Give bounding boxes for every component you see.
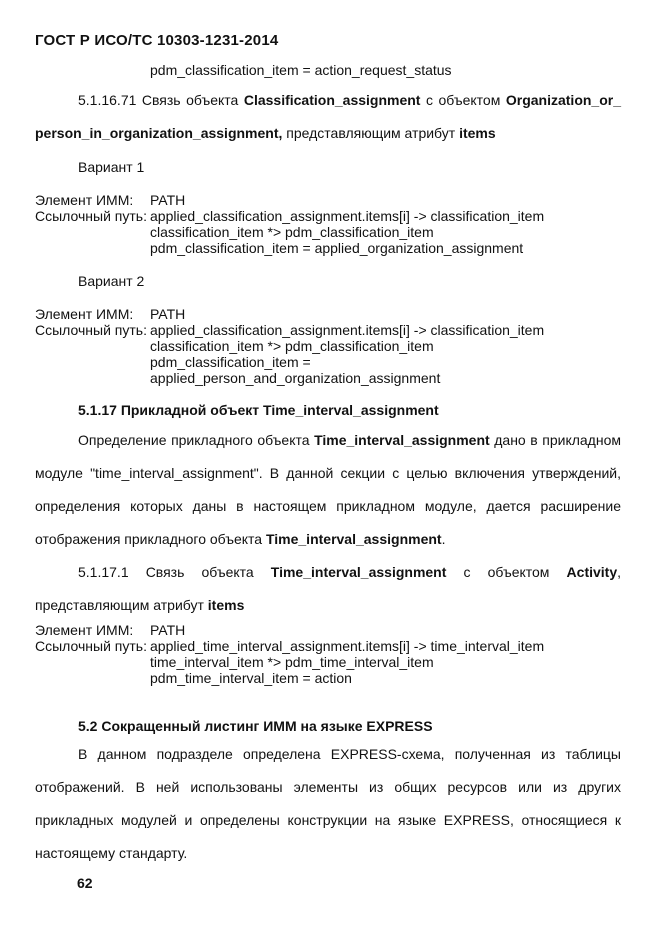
clause-5-2-paragraph: В данном подразделе определена EXPRESS-с… (35, 738, 621, 870)
imm-element-label: Элемент ИММ: (35, 622, 150, 638)
reference-path-label: Ссылочный путь: (35, 208, 150, 224)
path-line: applied_classification_assignment.items[… (150, 322, 544, 338)
clause-5-1-16-71-title: 5.1.16.71 Связь объекта Classification_a… (35, 84, 621, 150)
path-line: applied_time_interval_assignment.items[i… (150, 638, 544, 654)
clause-5-2-heading: 5.2 Сокращенный листинг ИММ на языке EXP… (35, 718, 621, 734)
reference-path-row: Ссылочный путь: applied_classification_a… (35, 208, 621, 256)
imm-element-label: Элемент ИММ: (35, 192, 150, 208)
clause-5-1-17-heading: 5.1.17 Прикладной объект Time_interval_a… (35, 402, 621, 418)
path-line: pdm_classification_item = (150, 354, 544, 370)
reference-path-lines: applied_classification_assignment.items[… (150, 208, 544, 256)
entity-person-in-organization-assignment: person_in_organization_assignment, (35, 125, 282, 141)
path-line: applied_classification_assignment.items[… (150, 208, 544, 224)
path-line: pdm_classification_item = applied_organi… (150, 240, 544, 256)
entity-time-interval-assignment: Time_interval_assignment (271, 564, 447, 580)
clause-5-1-17-1-title: 5.1.17.1 Связь объекта Time_interval_ass… (35, 556, 621, 622)
clause-text: 5.1.17.1 Связь объекта (78, 564, 271, 580)
variant-2-title: Вариант 2 (35, 270, 621, 292)
document-header: ГОСТ Р ИСО/ТС 10303-1231-2014 (35, 33, 621, 49)
variant-1-title: Вариант 1 (35, 156, 621, 178)
clause-text: . (442, 531, 446, 547)
attribute-items: items (459, 125, 496, 141)
reference-path-label: Ссылочный путь: (35, 638, 150, 654)
path-line: time_interval_item *> pdm_time_interval_… (150, 654, 544, 670)
imm-element-value: PATH (150, 306, 185, 322)
reference-path-lines: applied_classification_assignment.items[… (150, 322, 544, 386)
clause-text: представляющим атрибут (282, 125, 459, 141)
reference-path-row: Ссылочный путь: applied_time_interval_as… (35, 638, 621, 686)
imm-element-label: Элемент ИММ: (35, 306, 150, 322)
imm-element-row: Элемент ИММ: PATH (35, 306, 621, 322)
clause-text: с объектом (420, 92, 505, 108)
imm-element-value: PATH (150, 192, 185, 208)
reference-path-row: Ссылочный путь: applied_classification_a… (35, 322, 621, 386)
clause-text: с объектом (446, 564, 566, 580)
clause-text: дано в прикладном модуле "time_interval_… (35, 432, 621, 547)
clause-text: Определение прикладного объекта (78, 432, 314, 448)
page-number: 62 (77, 875, 93, 891)
path-line: pdm_time_interval_item = action (150, 670, 544, 686)
imm-mapping-variant-1: Элемент ИММ: PATH Ссылочный путь: applie… (35, 192, 621, 256)
clause-text: 5.1.16.71 Связь объекта (78, 92, 244, 108)
path-line: applied_person_and_organization_assignme… (150, 370, 544, 386)
entity-time-interval-assignment: Time_interval_assignment (314, 432, 490, 448)
imm-mapping-5-1-17-1: Элемент ИММ: PATH Ссылочный путь: applie… (35, 622, 621, 686)
imm-element-value: PATH (150, 622, 185, 638)
entity-classification-assignment: Classification_assignment (244, 92, 421, 108)
imm-element-row: Элемент ИММ: PATH (35, 622, 621, 638)
reference-path-lines: applied_time_interval_assignment.items[i… (150, 638, 544, 686)
clause-5-1-17-paragraph: Определение прикладного объекта Time_int… (35, 424, 621, 556)
path-line: classification_item *> pdm_classificatio… (150, 224, 544, 240)
path-line: classification_item *> pdm_classificatio… (150, 338, 544, 354)
document-page: ГОСТ Р ИСО/ТС 10303-1231-2014 pdm_classi… (0, 0, 661, 935)
attribute-items: items (208, 597, 245, 613)
reference-path-label: Ссылочный путь: (35, 322, 150, 338)
imm-element-row: Элемент ИММ: PATH (35, 192, 621, 208)
path-continuation-line: pdm_classification_item = action_request… (150, 62, 621, 78)
entity-organization-or-prefix: Organization_or_ (506, 92, 621, 108)
imm-mapping-variant-2: Элемент ИММ: PATH Ссылочный путь: applie… (35, 306, 621, 386)
entity-activity: Activity (567, 564, 618, 580)
entity-time-interval-assignment: Time_interval_assignment (266, 531, 442, 547)
